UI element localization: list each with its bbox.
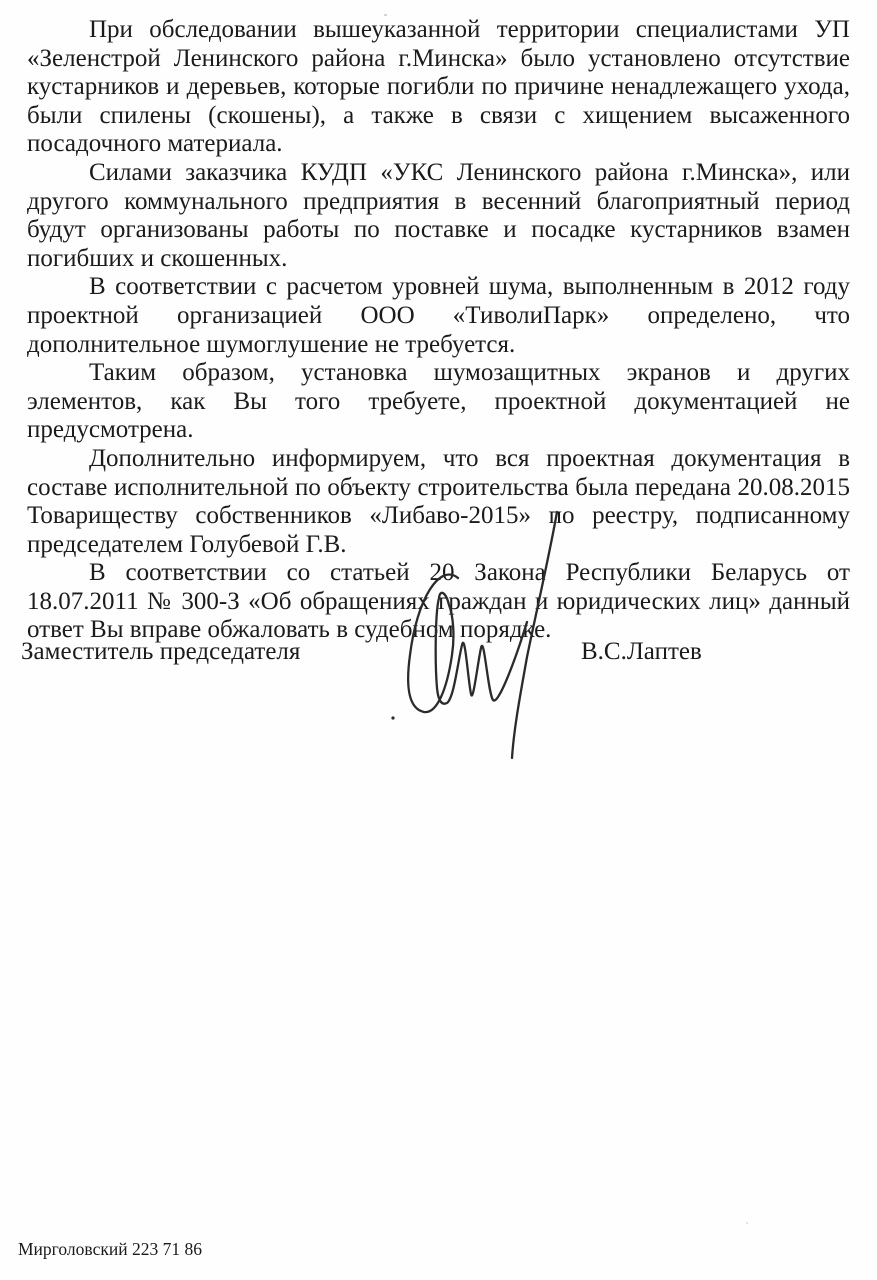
paragraph-noise-screens: Таким образом, установка шумозащитных эк… xyxy=(27,359,850,445)
paragraph-noise-calculation: В соответствии с расчетом уровней шума, … xyxy=(27,273,850,359)
scanned-letter-page: При обследовании вышеуказанной территори… xyxy=(0,0,877,1280)
letter-body: При обследовании вышеуказанной территори… xyxy=(27,16,850,645)
signature-block: Заместитель председателя В.С.Лаптев xyxy=(0,638,877,668)
signer-name: В.С.Лаптев xyxy=(581,638,702,667)
paragraph-survey-findings: При обследовании вышеуказанной территори… xyxy=(27,16,850,159)
executor-contact-line: Мирголовский 223 71 86 xyxy=(18,1238,202,1260)
scan-speck xyxy=(384,14,387,16)
paragraph-documentation-handover: Дополнительно информируем, что вся проек… xyxy=(27,445,850,559)
paragraph-appeal-rights: В соответствии со статьей 20 Закона Респ… xyxy=(27,559,850,645)
scan-speck xyxy=(746,1222,748,1224)
paragraph-replanting-plan: Силами заказчика КУДП «УКС Ленинского ра… xyxy=(27,159,850,273)
signer-job-title: Заместитель председателя xyxy=(21,638,300,667)
